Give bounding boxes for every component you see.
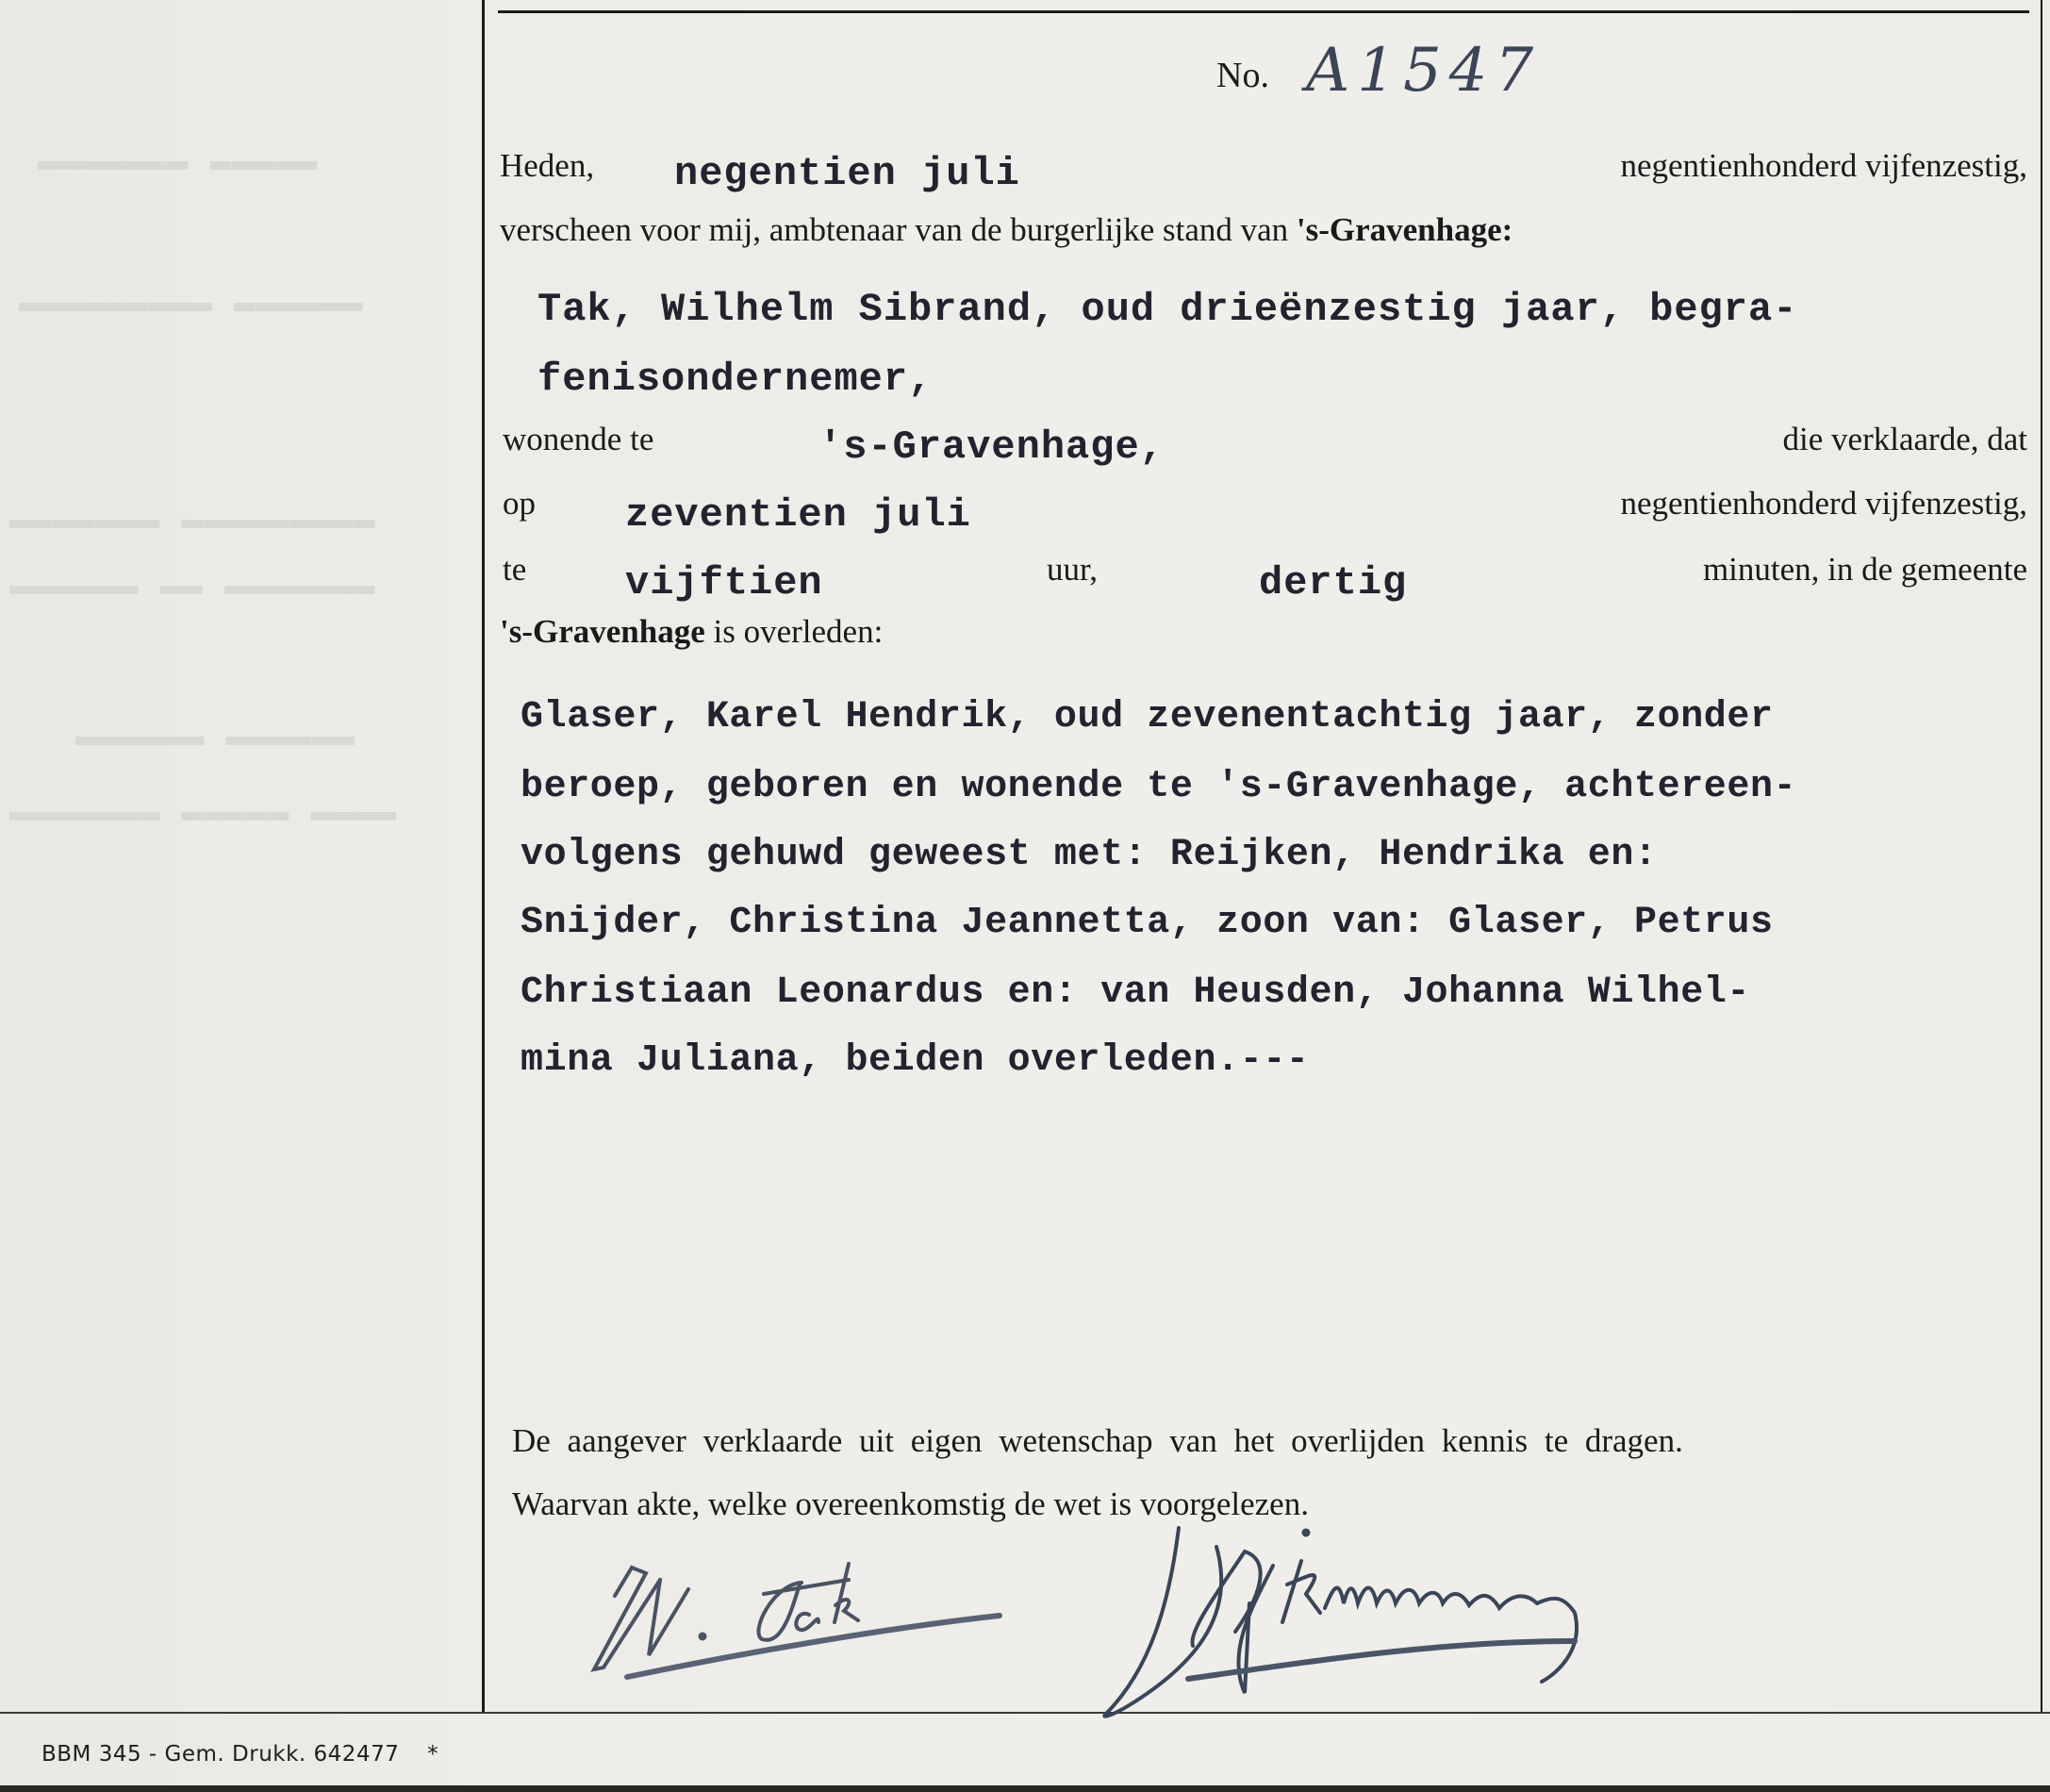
time-label: te	[503, 551, 526, 589]
place-city: 's-Gravenhage	[500, 613, 705, 650]
declarant-signature	[566, 1528, 1037, 1698]
heden-label: Heden,	[500, 147, 594, 185]
typed-hour: vijftien	[625, 560, 823, 606]
typed-declaration-date: negentien juli	[674, 151, 1020, 196]
minutes-text: minuten, in de gemeente	[1703, 551, 2027, 589]
bleed-through-text: ▬▬▬▬▬▬▬▬▬ ▬▬▬▬▬▬	[19, 283, 363, 324]
appearance-city: 's-Gravenhage:	[1297, 211, 1513, 248]
appearance-text: verscheen voor mij, ambtenaar van de bur…	[500, 211, 1513, 249]
declarant-line-2: fenisondernemer,	[537, 357, 933, 402]
margin-divider	[482, 0, 485, 1712]
place-plain: is overleden:	[714, 613, 884, 650]
certificate-number: A1547	[1306, 36, 1541, 106]
deceased-line: volgens gehuwd geweest met: Reijken, Hen…	[521, 834, 1658, 876]
number-label: No.	[1216, 55, 1269, 96]
print-code-text: BBM 345 - Gem. Drukk. 642477	[41, 1742, 399, 1767]
deceased-line: Snijder, Christina Jeannetta, zoon van: …	[521, 902, 1774, 944]
deceased-line: mina Juliana, beiden overleden.---	[521, 1039, 1310, 1082]
scan-edge	[0, 1785, 2050, 1792]
date-label: op	[503, 485, 536, 523]
top-rule	[498, 10, 2029, 13]
hour-label: uur,	[1047, 551, 1098, 589]
bleed-through-text: ▬▬▬▬▬▬▬ ▬▬▬▬▬ ▬▬▬▬	[9, 792, 396, 833]
print-code: BBM 345 - Gem. Drukk. 642477 *	[41, 1742, 438, 1767]
print-mark: *	[427, 1742, 438, 1767]
death-year-text: negentienhonderd vijfenzestig,	[1620, 485, 2027, 523]
bleed-through-text: ▬▬▬▬▬▬ ▬▬▬▬▬▬	[75, 717, 355, 757]
typed-residence: 's-Gravenhage,	[818, 424, 1165, 470]
closing-line-1: De aangever verklaarde uit eigen wetensc…	[512, 1422, 1683, 1460]
deceased-line: Glaser, Karel Hendrik, oud zevenentachti…	[521, 696, 1774, 738]
right-border	[2041, 0, 2042, 1712]
document-page: ▬▬▬▬▬▬▬ ▬▬▬▬▬ ▬▬▬▬▬▬▬▬▬ ▬▬▬▬▬▬ ▬▬▬▬▬▬▬ ▬…	[0, 0, 2050, 1785]
year-text: negentienhonderd vijfenzestig,	[1620, 147, 2027, 185]
bleed-through-text: ▬▬▬▬▬▬▬ ▬▬▬▬▬	[38, 141, 317, 182]
bleed-through-text: ▬▬▬▬▬▬ ▬▬ ▬▬▬▬▬▬▬	[9, 566, 375, 606]
appearance-plain: verscheen voor mij, ambtenaar van de bur…	[500, 211, 1288, 248]
place-text: 's-Gravenhage is overleden:	[500, 613, 883, 651]
declarant-line-1: Tak, Wilhelm Sibrand, oud drieënzestig j…	[537, 287, 1797, 332]
deceased-line: Christiaan Leonardus en: van Heusden, Jo…	[521, 971, 1750, 1014]
bleed-through-text: ▬▬▬▬▬▬▬ ▬▬▬▬▬▬▬▬▬	[9, 500, 375, 540]
typed-minutes: dertig	[1259, 560, 1407, 606]
deceased-line: beroep, geboren en wonende te 's-Gravenh…	[521, 766, 1796, 808]
official-signature	[1084, 1509, 1933, 1735]
declared-text: die verklaarde, dat	[1783, 421, 2027, 458]
typed-death-date: zeventien juli	[625, 492, 971, 538]
residence-label: wonende te	[503, 421, 653, 458]
